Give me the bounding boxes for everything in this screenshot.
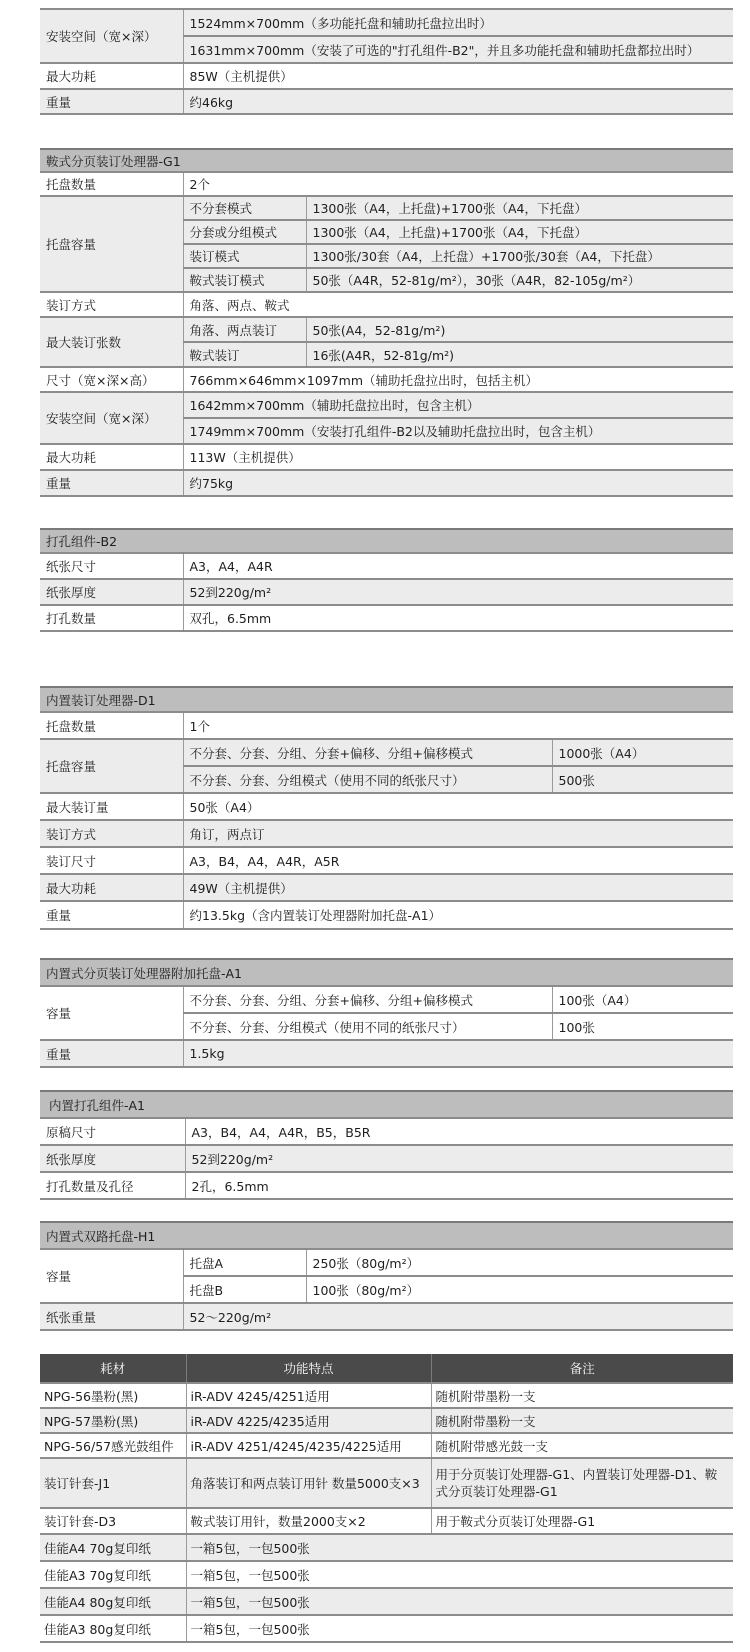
mode-label: 装订模式 — [183, 244, 306, 268]
consumable-feature: iR-ADV 4245/4251适用 — [186, 1383, 431, 1408]
spec-value: 1749mm×700mm（安装打孔组件-B2以及辅助托盘拉出时，包含主机） — [183, 418, 733, 444]
spec-label: 尺寸（宽×深×高） — [40, 367, 183, 392]
spec-label: 纸张尺寸 — [40, 553, 183, 579]
spec-label: 托盘容量 — [40, 739, 183, 793]
consumable-item: 佳能A4 70g复印纸 — [40, 1534, 186, 1561]
spec-value: 1个 — [183, 712, 733, 739]
consumable-note: 用于鞍式分页装订处理器-G1 — [431, 1508, 733, 1534]
spec-label: 打孔数量 — [40, 605, 183, 631]
spec-value: 52到220g/m² — [185, 1145, 733, 1172]
consumables-table: 耗材 功能特点 备注 NPG-56墨粉(黑) iR-ADV 4245/4251适… — [40, 1354, 733, 1643]
spec-label: 纸张厚度 — [40, 1145, 185, 1172]
spec-value: 1.5kg — [183, 1040, 733, 1067]
spec-label: 重量 — [40, 470, 183, 496]
spec-value: 52到220g/m² — [183, 579, 733, 605]
section-title: 内置装订处理器-D1 — [40, 687, 733, 712]
mode-label: 不分套、分套、分组、分套+偏移、分组+偏移模式 — [183, 739, 552, 766]
consumable-item: 装订针套-J1 — [40, 1458, 186, 1508]
spec-value: 1524mm×700mm（多功能托盘和辅助托盘拉出时） — [183, 9, 733, 36]
tray-label: 托盘A — [183, 1249, 306, 1276]
spec-value: 1631mm×700mm（安装了可选的"打孔组件-B2"，并且多功能托盘和辅助托… — [183, 36, 733, 63]
spec-value: 约13.5kg（含内置装订处理器附加托盘-A1） — [183, 901, 733, 929]
section-title: 内置打孔组件-A1 — [40, 1091, 733, 1118]
spec-label: 最大功耗 — [40, 63, 183, 89]
consumable-feature: 一箱5包，一包500张 — [186, 1534, 733, 1561]
consumable-note: 随机附带感光鼓一支 — [431, 1433, 733, 1458]
spec-label: 打孔数量及孔径 — [40, 1172, 185, 1199]
spec-label: 重量 — [40, 89, 183, 114]
spec-label: 托盘数量 — [40, 172, 183, 196]
spec-value: 52～220g/m² — [183, 1303, 733, 1330]
spec-table-inner-puncher-a1: 内置打孔组件-A1 原稿尺寸 A3，B4，A4，A4R，B5，B5R 纸张厚度 … — [40, 1090, 733, 1200]
spec-value: 2个 — [183, 172, 733, 196]
spec-table-inner-finisher-tray-a1: 内置式分页装订处理器附加托盘-A1 容量 不分套、分套、分组、分套+偏移、分组+… — [40, 958, 733, 1068]
consumable-feature: 角落装订和两点装订用针 数量5000支×3 — [186, 1458, 431, 1508]
consumable-feature: 一箱5包，一包500张 — [186, 1588, 733, 1615]
mode-value: 1300张（A4，上托盘)+1700张（A4，下托盘） — [306, 196, 733, 220]
table-row: 佳能A4 80g复印纸 一箱5包，一包500张 — [40, 1588, 733, 1615]
spec-label: 纸张重量 — [40, 1303, 183, 1330]
table-row: 装订针套-J1 角落装订和两点装订用针 数量5000支×3 用于分页装订处理器-… — [40, 1458, 733, 1508]
staple-value: 16张(A4R，52-81g/m²) — [306, 342, 733, 367]
spec-value: 1642mm×700mm（辅助托盘拉出时，包含主机） — [183, 392, 733, 418]
spec-label: 容量 — [40, 1249, 183, 1303]
spec-label: 最大装订张数 — [40, 317, 183, 367]
spec-label: 容量 — [40, 986, 183, 1040]
tray-value: 250张（80g/m²） — [306, 1249, 733, 1276]
spec-label: 最大功耗 — [40, 444, 183, 470]
mode-value: 1000张（A4） — [552, 739, 733, 766]
spec-table-puncher-b2: 打孔组件-B2 纸张尺寸 A3，A4，A4R 纸张厚度 52到220g/m² 打… — [40, 528, 733, 632]
spec-value: 角落、两点、鞍式 — [183, 292, 733, 317]
spec-value: 50张（A4） — [183, 793, 733, 820]
mode-label: 不分套、分套、分组、分套+偏移、分组+偏移模式 — [183, 986, 552, 1013]
spec-label: 托盘容量 — [40, 196, 183, 292]
staple-type: 鞍式装订 — [183, 342, 306, 367]
spec-value: 85W（主机提供） — [183, 63, 733, 89]
section-title: 内置式双路托盘-H1 — [40, 1222, 733, 1249]
table-row: 装订针套-D3 鞍式装订用针，数量2000支×2 用于鞍式分页装订处理器-G1 — [40, 1508, 733, 1534]
consumable-note: 用于分页装订处理器-G1、内置装订处理器-D1、鞍式分页装订处理器-G1 — [431, 1458, 733, 1508]
table-row: 佳能A4 70g复印纸 一箱5包，一包500张 — [40, 1534, 733, 1561]
section-title: 打孔组件-B2 — [40, 529, 733, 553]
mode-value: 1300张（A4，上托盘)+1700张（A4，下托盘） — [306, 220, 733, 244]
spec-value: 2孔，6.5mm — [185, 1172, 733, 1199]
spec-value: 113W（主机提供） — [183, 444, 733, 470]
spec-value: A3，B4，A4，A4R，B5，B5R — [185, 1118, 733, 1145]
consumable-feature: iR-ADV 4225/4235适用 — [186, 1408, 431, 1433]
spec-table-main-unit: 安装空间（宽×深） 1524mm×700mm（多功能托盘和辅助托盘拉出时） 16… — [40, 8, 733, 115]
mode-label: 不分套模式 — [183, 196, 306, 220]
spec-value: 49W（主机提供） — [183, 874, 733, 901]
spec-table-inner-finisher-d1: 内置装订处理器-D1 托盘数量 1个 托盘容量 不分套、分套、分组、分套+偏移、… — [40, 686, 733, 930]
consumable-note: 随机附带墨粉一支 — [431, 1383, 733, 1408]
mode-label: 不分套、分套、分组模式（使用不同的纸张尺寸） — [183, 766, 552, 793]
mode-value: 500张 — [552, 766, 733, 793]
mode-label: 不分套、分套、分组模式（使用不同的纸张尺寸） — [183, 1013, 552, 1040]
mode-value: 100张 — [552, 1013, 733, 1040]
spec-table-inner-2way-tray-h1: 内置式双路托盘-H1 容量 托盘A 250张（80g/m²） 托盘B 100张（… — [40, 1221, 733, 1331]
table-row: NPG-56墨粉(黑) iR-ADV 4245/4251适用 随机附带墨粉一支 — [40, 1383, 733, 1408]
consumable-feature: iR-ADV 4251/4245/4235/4225适用 — [186, 1433, 431, 1458]
spec-label: 最大装订量 — [40, 793, 183, 820]
staple-type: 角落、两点装订 — [183, 317, 306, 342]
spec-label: 重量 — [40, 901, 183, 929]
spec-label: 装订方式 — [40, 820, 183, 847]
spec-value: 约75kg — [183, 470, 733, 496]
consumable-item: NPG-56/57感光鼓组件 — [40, 1433, 186, 1458]
spec-value: 角订，两点订 — [183, 820, 733, 847]
consumable-item: 佳能A3 80g复印纸 — [40, 1615, 186, 1642]
mode-value: 50张（A4R，52-81g/m²），30张（A4R，82-105g/m²） — [306, 268, 733, 292]
consumable-item: NPG-57墨粉(黑) — [40, 1408, 186, 1433]
consumable-feature: 鞍式装订用针，数量2000支×2 — [186, 1508, 431, 1534]
tray-value: 100张（80g/m²） — [306, 1276, 733, 1303]
tray-label: 托盘B — [183, 1276, 306, 1303]
spec-value: 双孔，6.5mm — [183, 605, 733, 631]
column-header: 耗材 — [40, 1354, 186, 1383]
spec-label: 装订尺寸 — [40, 847, 183, 874]
spec-value: 约46kg — [183, 89, 733, 114]
section-title: 内置式分页装订处理器附加托盘-A1 — [40, 959, 733, 986]
spec-label: 装订方式 — [40, 292, 183, 317]
spec-label: 原稿尺寸 — [40, 1118, 185, 1145]
spec-table-saddle-finisher-g1: 鞍式分页装订处理器-G1 托盘数量 2个 托盘容量 不分套模式 1300张（A4… — [40, 148, 733, 497]
consumable-item: 装订针套-D3 — [40, 1508, 186, 1534]
table-row: 佳能A3 80g复印纸 一箱5包，一包500张 — [40, 1615, 733, 1642]
table-row: NPG-57墨粉(黑) iR-ADV 4225/4235适用 随机附带墨粉一支 — [40, 1408, 733, 1433]
table-row: NPG-56/57感光鼓组件 iR-ADV 4251/4245/4235/422… — [40, 1433, 733, 1458]
column-header: 备注 — [431, 1354, 733, 1383]
spec-label: 纸张厚度 — [40, 579, 183, 605]
mode-label: 鞍式装订模式 — [183, 268, 306, 292]
mode-value: 100张（A4） — [552, 986, 733, 1013]
spec-value: A3，B4，A4，A4R，A5R — [183, 847, 733, 874]
spec-value: A3，A4，A4R — [183, 553, 733, 579]
consumable-item: 佳能A4 80g复印纸 — [40, 1588, 186, 1615]
spec-value: 766mm×646mm×1097mm（辅助托盘拉出时，包括主机） — [183, 367, 733, 392]
spec-label: 托盘数量 — [40, 712, 183, 739]
spec-label: 最大功耗 — [40, 874, 183, 901]
staple-value: 50张(A4，52-81g/m²) — [306, 317, 733, 342]
consumable-feature: 一箱5包，一包500张 — [186, 1561, 733, 1588]
spec-label: 安装空间（宽×深） — [40, 9, 183, 63]
consumable-item: 佳能A3 70g复印纸 — [40, 1561, 186, 1588]
consumable-item: NPG-56墨粉(黑) — [40, 1383, 186, 1408]
spec-label: 安装空间（宽×深） — [40, 392, 183, 444]
mode-label: 分套或分组模式 — [183, 220, 306, 244]
table-row: 佳能A3 70g复印纸 一箱5包，一包500张 — [40, 1561, 733, 1588]
consumable-note: 随机附带墨粉一支 — [431, 1408, 733, 1433]
spec-label: 重量 — [40, 1040, 183, 1067]
consumable-feature: 一箱5包，一包500张 — [186, 1615, 733, 1642]
column-header: 功能特点 — [186, 1354, 431, 1383]
mode-value: 1300张/30套（A4，上托盘）+1700张/30套（A4，下托盘） — [306, 244, 733, 268]
section-title: 鞍式分页装订处理器-G1 — [40, 149, 733, 172]
